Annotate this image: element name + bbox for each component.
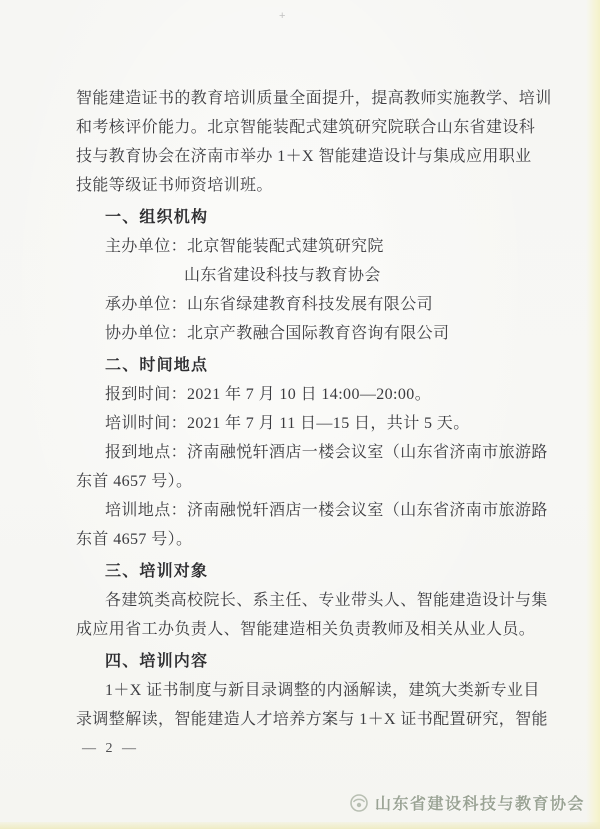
association-emblem-icon xyxy=(349,793,369,813)
registration-place-line: 报到地点：济南融悦轩酒店一楼会议室（山东省济南市旅游路 xyxy=(76,438,538,467)
registration-time-line: 报到时间：2021 年 7 月 10 日 14:00—20:00。 xyxy=(76,380,538,409)
co-organizer-unit-line: 协办单位：北京产教融合国际教育咨询有限公司 xyxy=(76,319,538,348)
training-place-line-2: 东首 4657 号）。 xyxy=(76,525,538,554)
association-footer: 山东省建设科技与教育协会 xyxy=(349,791,585,814)
heading-organization: 一、组织机构 xyxy=(76,203,538,232)
scanned-document-page: + 智能建造证书的教育培训质量全面提升，提高教师实施教学、培训 和考核评价能力。… xyxy=(0,0,600,829)
paragraph-line: 技能等级证书师资培训班。 xyxy=(76,171,538,200)
registration-mark: + xyxy=(279,10,285,22)
heading-training-content: 四、培训内容 xyxy=(76,647,538,676)
scan-edge-right xyxy=(586,0,600,829)
training-place-line: 培训地点：济南融悦轩酒店一楼会议室（山东省济南市旅游路 xyxy=(76,496,538,525)
heading-time-location: 二、时间地点 xyxy=(76,351,538,380)
scan-edge-bottom xyxy=(0,822,600,829)
heading-trainees: 三、培训对象 xyxy=(76,557,538,586)
paragraph-line: 技与教育协会在济南市举办 1＋X 智能建造设计与集成应用职业 xyxy=(76,142,538,171)
training-content-line-2: 录调整解读，智能建造人才培养方案与 1＋X 证书配置研究，智能 xyxy=(76,705,538,734)
paragraph-line: 和考核评价能力。北京智能装配式建筑研究院联合山东省建设科 xyxy=(76,113,538,142)
training-time-line: 培训时间：2021 年 7 月 11 日—15 日，共计 5 天。 xyxy=(76,409,538,438)
host-unit-line: 主办单位：北京智能装配式建筑研究院 xyxy=(76,232,538,261)
trainees-line: 各建筑类高校院长、系主任、专业带头人、智能建造设计与集 xyxy=(76,586,538,615)
training-content-line: 1＋X 证书制度与新目录调整的内涵解读，建筑大类新专业目 xyxy=(76,676,538,705)
paragraph-line: 智能建造证书的教育培训质量全面提升，提高教师实施教学、培训 xyxy=(76,84,538,113)
page-number: — 2 — xyxy=(76,741,538,757)
registration-place-line-2: 东首 4657 号）。 xyxy=(76,467,538,496)
document-body: 智能建造证书的教育培训质量全面提升，提高教师实施教学、培训 和考核评价能力。北京… xyxy=(76,84,538,757)
association-name: 山东省建设科技与教育协会 xyxy=(375,791,585,814)
organizer-unit-line: 承办单位：山东省绿建教育科技发展有限公司 xyxy=(76,290,538,319)
host-unit-line-2: 山东省建设科技与教育协会 xyxy=(76,261,538,290)
trainees-line-2: 成应用省工办负责人、智能建造相关负责教师及相关从业人员。 xyxy=(76,615,538,644)
